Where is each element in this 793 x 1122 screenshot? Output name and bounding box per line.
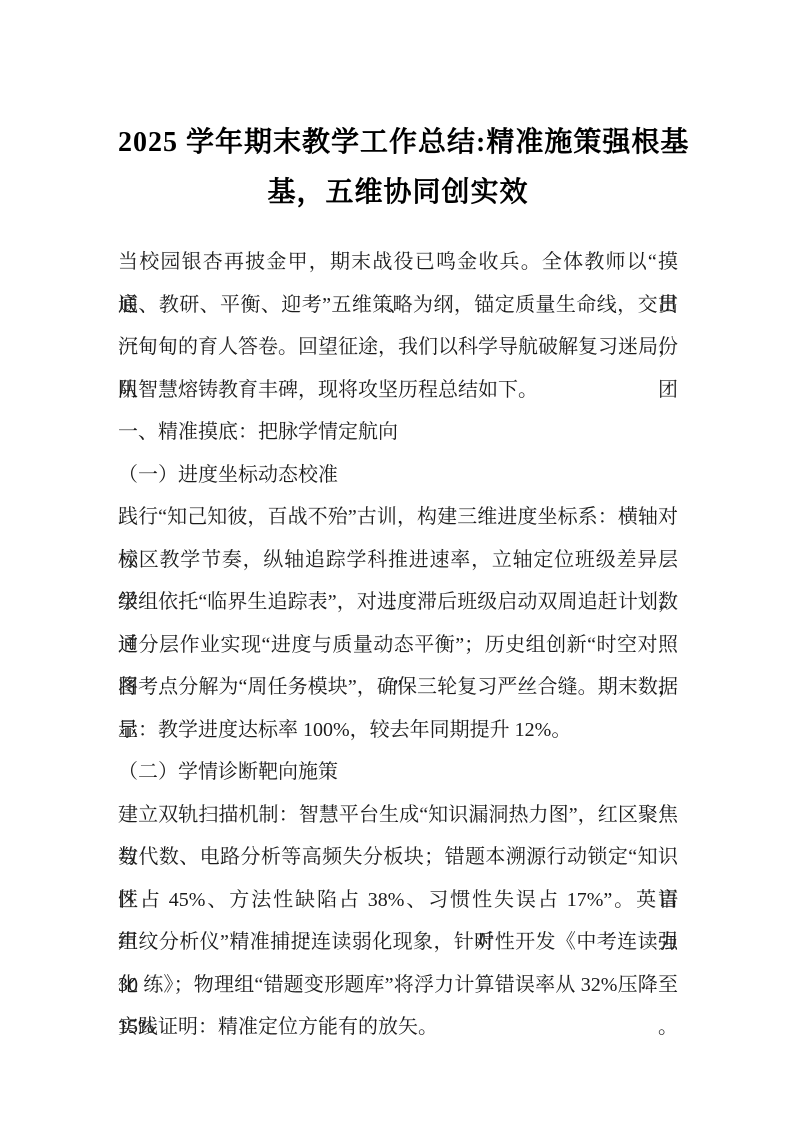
document-title-line-1: 2025 学年期末教学工作总结:精准施策强根基 — [118, 118, 678, 168]
text-line: 建立双轨扫描机制：智慧平台生成“知识漏洞热力图”，红区聚焦数 — [118, 794, 678, 837]
document-title-line-2: 基，五维协同创实效 — [118, 168, 678, 218]
subsection-heading: （一）进度坐标动态校准 — [118, 454, 678, 497]
text-line: 声纹分析仪”精准捕捉连读弱化现象，针对性开发《中考连读强化 — [118, 921, 678, 964]
text-line: 践行“知己知彼，百战不殆”古训，构建三维进度坐标系：横轴对标 — [118, 496, 678, 539]
document-body: 当校园银杏再披金甲，期末战役已鸣金收兵。全体教师以“摸底、贯 通、教研、平衡、迎… — [118, 241, 678, 1049]
text-line: 校区教学节奏，纵轴追踪学科推进速率，立轴定位班级差异层级。数 — [118, 539, 678, 582]
text-line: 沉甸甸的育人答卷。回望征途，我们以科学导航破解复习迷局，用团 — [118, 326, 678, 369]
text-line: 示：教学进度达标率 100%，较去年同期提升 12%。 — [118, 709, 678, 752]
text-line: 当校园银杏再披金甲，期末战役已鸣金收兵。全体教师以“摸底、贯 — [118, 241, 678, 284]
document-page: 2025 学年期末教学工作总结:精准施策强根基 基，五维协同创实效 当校园银杏再… — [0, 0, 793, 1122]
text-line: 与代数、电路分析等高频失分板块；错题本溯源行动锁定“知识性盲 — [118, 836, 678, 879]
text-line: 30 练》；物理组“错题变形题库”将浮力计算错误率从 32%压降至 15%。 — [118, 964, 678, 1007]
subsection-heading: （二）学情诊断靶向施策 — [118, 751, 678, 794]
text-line: 将考点分解为“周任务模块”，确保三轮复习严丝合缝。期末数据显 — [118, 666, 678, 709]
text-line: 区占 45%、方法性缺陷占 38%、习惯性失误占 17%”。英语组“听力 — [118, 879, 678, 922]
text-line: 通、教研、平衡、迎考”五维策略为纲，锚定质量生命线，交出一份 — [118, 284, 678, 327]
document-title: 2025 学年期末教学工作总结:精准施策强根基 基，五维协同创实效 — [118, 118, 678, 218]
text-line: 学组依托“临界生追踪表”，对进度滞后班级启动双周追赶计划，通 — [118, 581, 678, 624]
section-heading: 一、精准摸底：把脉学情定航向 — [118, 411, 678, 454]
text-line: 过分层作业实现“进度与质量动态平衡”；历史组创新“时空对照图”， — [118, 624, 678, 667]
